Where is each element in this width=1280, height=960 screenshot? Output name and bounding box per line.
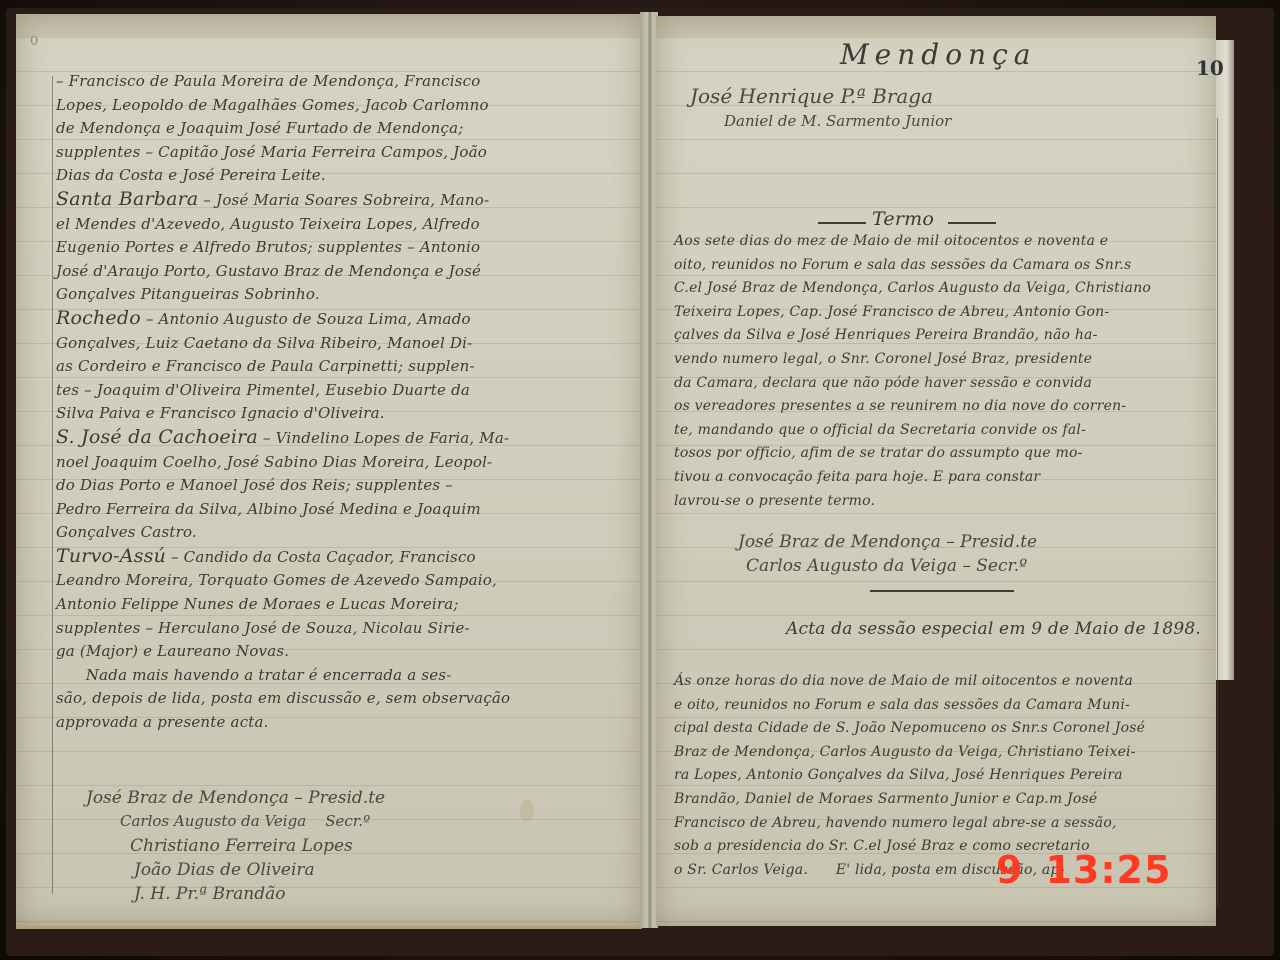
place-name: Turvo-Assú	[56, 545, 166, 567]
text-line: Santa Barbara – José Maria Soares Sobrei…	[56, 188, 636, 213]
text-line: e oito, reunidos no Forum e sala das ses…	[674, 694, 1214, 718]
termo-heading: Termo	[872, 208, 934, 232]
text-line: Aos sete dias do mez de Maio de mil oito…	[674, 230, 1214, 254]
signature: José Braz de Mendonça – Presid.te	[86, 788, 385, 808]
timestamp-time: 13:25	[1045, 848, 1171, 892]
text-line: tivou a convocação feita para hoje. E pa…	[674, 466, 1214, 490]
place-name: S. José da Cachoeira	[56, 426, 258, 448]
text-line: lavrou-se o presente termo.	[674, 490, 1214, 514]
text-line: as Cordeiro e Francisco de Paula Carpine…	[56, 355, 636, 379]
text-line: ga (Major) e Laureano Novas.	[56, 640, 636, 664]
text-line: tes – Joaquim d'Oliveira Pimentel, Euseb…	[56, 379, 636, 403]
text-line: Francisco de Abreu, havendo numero legal…	[674, 812, 1214, 836]
signature: José Henrique P.ª Braga	[690, 84, 933, 108]
text-line: vendo numero legal, o Snr. Coronel José …	[674, 348, 1214, 372]
termo-text: Aos sete dias do mez de Maio de mil oito…	[674, 230, 1214, 513]
text-line: noel Joaquim Coelho, José Sabino Dias Mo…	[56, 451, 636, 475]
text-line: tosos por officio, afim de se tratar do …	[674, 442, 1214, 466]
text-line: Teixeira Lopes, Cap. José Francisco de A…	[674, 301, 1214, 325]
text-line: el Mendes d'Azevedo, Augusto Teixeira Lo…	[56, 213, 636, 237]
text-fragment: – José Maria Soares Sobreira, Mano-	[198, 191, 489, 209]
signature: J. H. Pr.ª Brandão	[134, 884, 285, 904]
text-line: Brandão, Daniel de Moraes Sarmento Junio…	[674, 788, 1214, 812]
text-line: oito, reunidos no Forum e sala das sessõ…	[674, 254, 1214, 278]
text-line: são, depois de lida, posta em discussão …	[56, 687, 636, 711]
signature: Daniel de M. Sarmento Junior	[724, 112, 951, 130]
signature: Carlos Augusto da Veiga Secr.º	[120, 812, 370, 830]
acta-heading: Acta da sessão especial em 9 de Maio de …	[786, 618, 1201, 642]
text-line: Leandro Moreira, Torquato Gomes de Azeve…	[56, 569, 636, 593]
text-line: Ás onze horas do dia nove de Maio de mil…	[674, 670, 1214, 694]
text-line: approvada a presente acta.	[56, 711, 636, 735]
page-top-title: Mendonça	[840, 38, 1036, 71]
heading-rule	[948, 222, 996, 224]
text-fragment: – Candido da Costa Caçador, Francisco	[166, 548, 476, 566]
text-line: da Camara, declara que não póde haver se…	[674, 372, 1214, 396]
heading-rule	[818, 222, 866, 224]
text-line: supplentes – Herculano José de Souza, Ni…	[56, 617, 636, 641]
text-line: C.el José Braz de Mendonça, Carlos Augus…	[674, 277, 1214, 301]
text-line: cipal desta Cidade de S. João Nepomuceno…	[674, 717, 1214, 741]
corner-mark: 0	[30, 30, 38, 54]
page-edges	[1216, 40, 1234, 680]
text-line: Dias da Costa e José Pereira Leite.	[56, 164, 636, 188]
text-line: Turvo-Assú – Candido da Costa Caçador, F…	[56, 545, 636, 570]
signature: Christiano Ferreira Lopes	[130, 836, 353, 856]
text-line: de Mendonça e Joaquim José Furtado de Me…	[56, 117, 636, 141]
text-line: Silva Paiva e Francisco Ignacio d'Olivei…	[56, 402, 636, 426]
text-fragment: – Antonio Augusto de Souza Lima, Amado	[141, 310, 471, 328]
text-line: Eugenio Portes e Alfredo Brutos; supplen…	[56, 236, 636, 260]
right-margin-rule	[1217, 118, 1218, 908]
text-line: ra Lopes, Antonio Gonçalves da Silva, Jo…	[674, 764, 1214, 788]
text-line: os vereadores presentes a se reunirem no…	[674, 395, 1214, 419]
text-line: – Francisco de Paula Moreira de Mendonça…	[56, 70, 636, 94]
text-line: Pedro Ferreira da Silva, Albino José Med…	[56, 498, 636, 522]
text-line: te, mandando que o official da Secretari…	[674, 419, 1214, 443]
text-line: S. José da Cachoeira – Vindelino Lopes d…	[56, 426, 636, 451]
text-line: supplentes – Capitão José Maria Ferreira…	[56, 141, 636, 165]
text-line: Gonçalves, Luiz Caetano da Silva Ribeiro…	[56, 332, 636, 356]
text-line: Gonçalves Pitangueiras Sobrinho.	[56, 283, 636, 307]
timestamp-day: 9	[996, 848, 1023, 892]
closing-rule	[870, 590, 1014, 592]
text-line: José d'Araujo Porto, Gustavo Braz de Men…	[56, 260, 636, 284]
text-line: Gonçalves Castro.	[56, 521, 636, 545]
signature: Carlos Augusto da Veiga – Secr.º	[746, 556, 1027, 576]
text-line: do Dias Porto e Manoel José dos Reis; su…	[56, 474, 636, 498]
place-name: Rochedo	[56, 307, 141, 329]
place-name: Santa Barbara	[56, 188, 198, 210]
left-margin-rule	[52, 76, 53, 894]
text-line: çalves da Silva e José Henriques Pereira…	[674, 324, 1214, 348]
text-line: Braz de Mendonça, Carlos Augusto da Veig…	[674, 741, 1214, 765]
text-line: Lopes, Leopoldo de Magalhães Gomes, Jaco…	[56, 94, 636, 118]
text-line: Antonio Felippe Nunes de Moraes e Lucas …	[56, 593, 636, 617]
signature: João Dias de Oliveira	[134, 860, 315, 880]
page-number: 10	[1196, 56, 1224, 80]
left-page-text: – Francisco de Paula Moreira de Mendonça…	[56, 70, 636, 735]
camera-timestamp: 913:25	[996, 848, 1171, 892]
text-fragment: – Vindelino Lopes de Faria, Ma-	[258, 429, 509, 447]
paper-stain	[520, 800, 534, 822]
signature: José Braz de Mendonça – Presid.te	[738, 532, 1037, 552]
text-line: Nada mais havendo a tratar é encerrada a…	[56, 664, 636, 688]
text-line: Rochedo – Antonio Augusto de Souza Lima,…	[56, 307, 636, 332]
